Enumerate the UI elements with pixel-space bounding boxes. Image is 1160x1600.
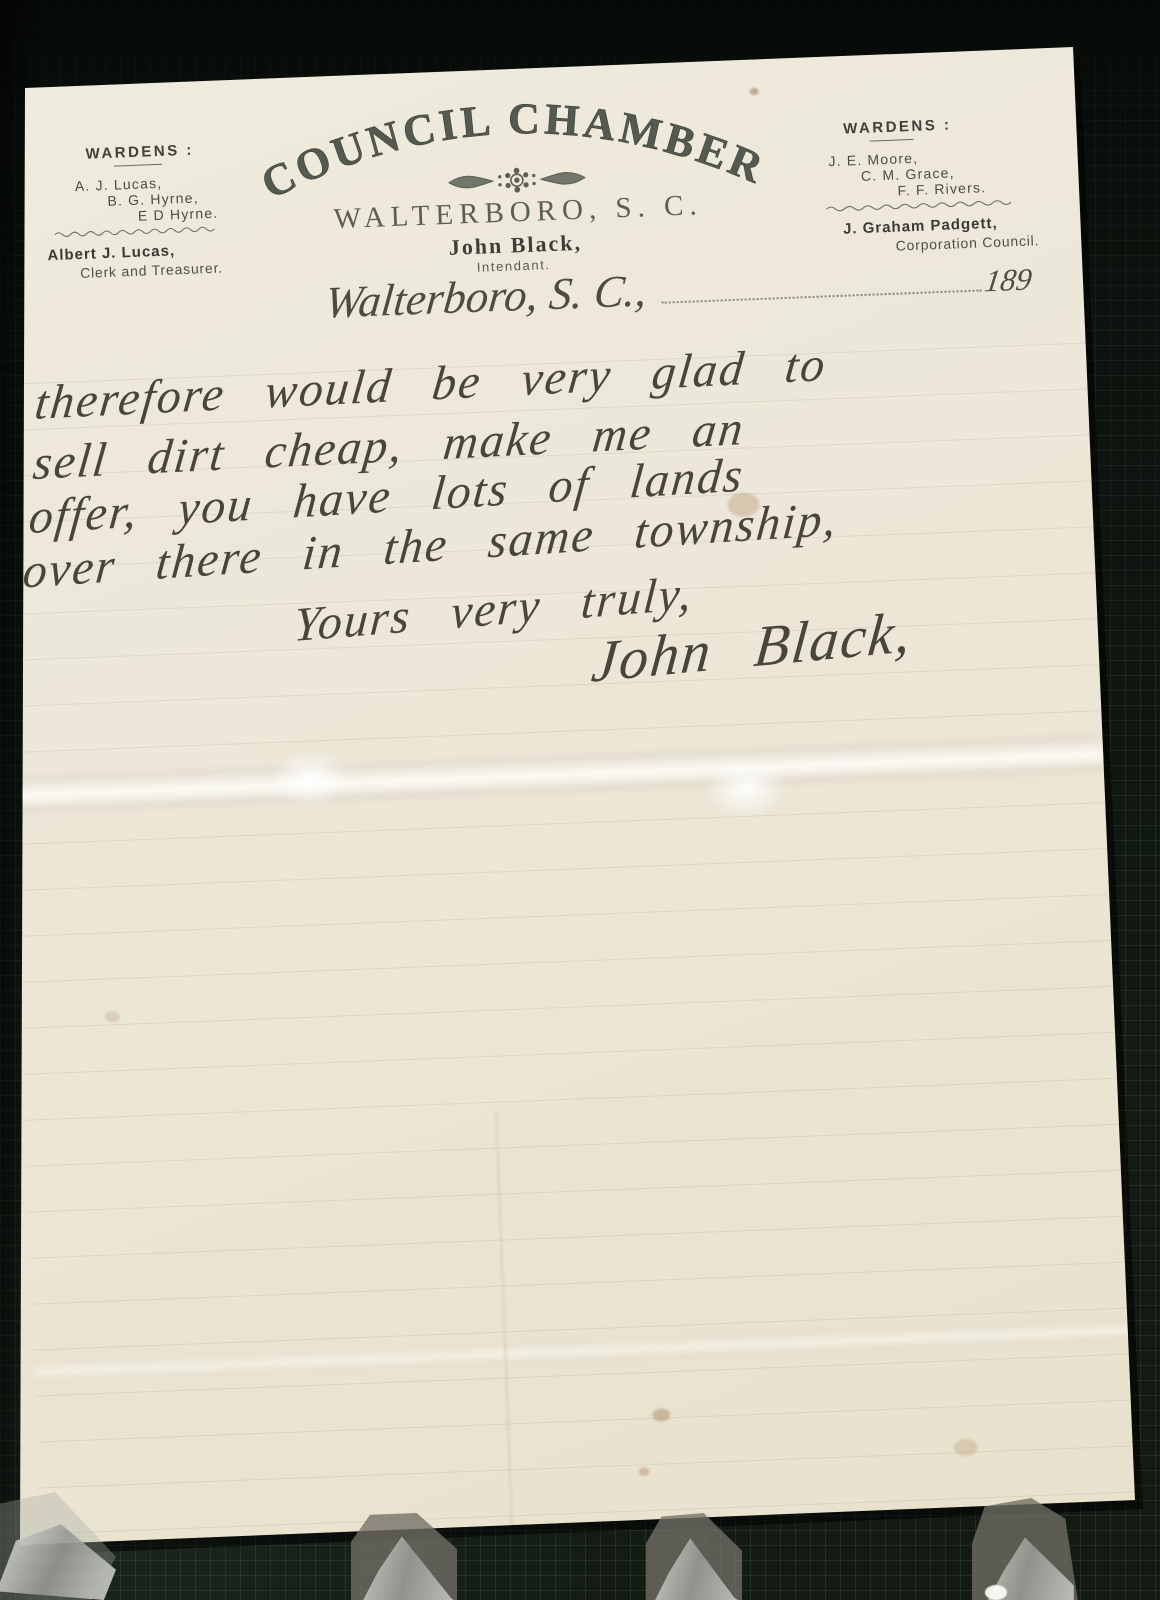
dateline-blank (661, 289, 981, 303)
left-wardens-title: WARDENS : (85, 142, 194, 163)
left-wardens-underline (114, 164, 162, 167)
right-wardens-title: WARDENS : (843, 116, 952, 137)
photo-corner (972, 1498, 1078, 1600)
crease-burst (269, 748, 351, 809)
clerk-name: Albert J. Lucas, (47, 242, 175, 264)
photo-corner (351, 1513, 457, 1600)
letter-paper: WARDENS : A. J. Lucas, B. G. Hyrne, E D … (0, 0, 1160, 1600)
dateline-year: 189 (982, 261, 1033, 299)
warden-name: E D Hyrne. (138, 205, 219, 224)
letter-content: WARDENS : A. J. Lucas, B. G. Hyrne, E D … (25, 47, 1160, 1552)
wavy-divider (826, 198, 1011, 213)
photo-corner (0, 1492, 116, 1600)
warden-name: F. F. Rivers. (897, 179, 986, 198)
wavy-divider (55, 225, 215, 239)
foil-glint (985, 1585, 1007, 1600)
clerk-title: Clerk and Treasurer. (80, 260, 223, 281)
right-wardens-block: WARDENS : (843, 116, 952, 142)
right-wardens-underline (870, 139, 914, 142)
left-wardens-block: WARDENS : (85, 142, 194, 168)
crease-burst (703, 757, 789, 820)
photo-corner (646, 1513, 742, 1600)
floral-ornament-icon (446, 163, 587, 198)
